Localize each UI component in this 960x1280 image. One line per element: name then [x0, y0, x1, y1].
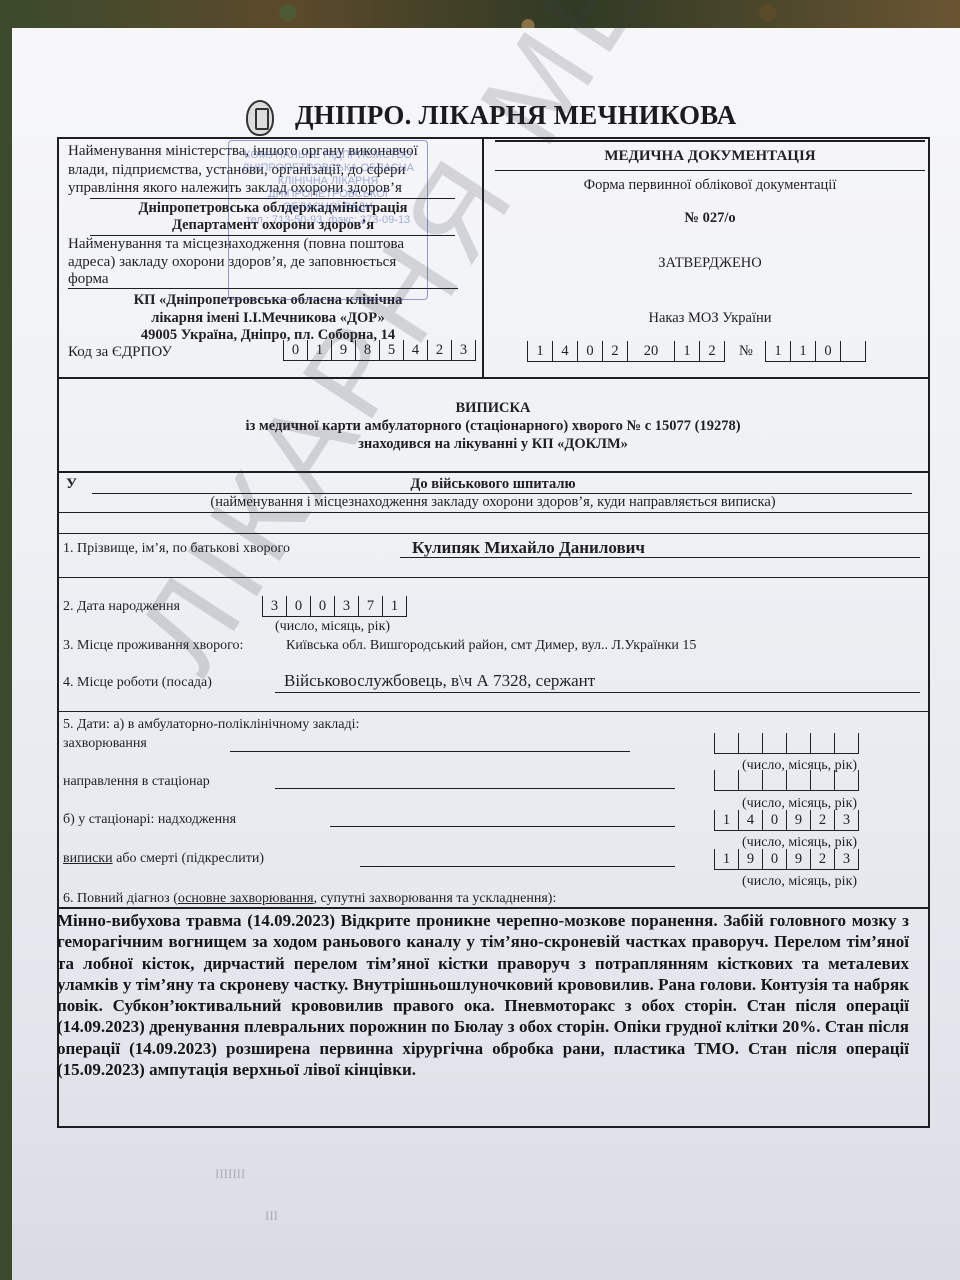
underline: [230, 751, 630, 752]
residence-label: 3. Місце проживання хворого:: [63, 637, 243, 654]
extract-subtitle: із медичної карти амбулаторного (стаціон…: [60, 418, 926, 435]
section-divider: [57, 377, 929, 379]
digit-cell: [763, 770, 787, 790]
digit-cell: 3: [835, 810, 859, 830]
section-divider: [57, 471, 929, 473]
divider: [495, 170, 925, 171]
facility-value: лікарня імені І.І.Мечникова «ДОР»: [68, 310, 468, 327]
form-label: Форма первинної облікової документації: [495, 177, 925, 194]
digit-cell: [739, 733, 763, 753]
discharge-date-cells: 190923: [714, 849, 859, 870]
diagnosis-text: Мінно-вибухова травма (14.09.2023) Відкр…: [57, 910, 909, 1080]
digit-cell: 1: [308, 340, 332, 360]
divider: [57, 907, 929, 909]
digit-cell: 2: [811, 849, 835, 869]
digit-cell: [811, 733, 835, 753]
diagnosis-label-underlined: основне захворювання: [178, 891, 314, 906]
digit-cell: 2: [603, 341, 628, 361]
underline: [275, 692, 920, 693]
divider: [57, 512, 929, 513]
workplace-value: Військовослужбовець, в\ч А 7328, сержант: [284, 672, 595, 689]
admission-date-cells: 140923: [714, 810, 859, 831]
digit-cell: [811, 770, 835, 790]
digit-cell: 9: [332, 340, 356, 360]
admission-label: б) у стаціонарі: надходження: [63, 811, 236, 828]
patient-name-value: Кулипяк Михайло Данилович: [412, 539, 645, 556]
digit-cell: 2: [428, 340, 452, 360]
diagnosis-label-suffix: , супутні захворювання та ускладнення):: [314, 891, 557, 906]
order-no-label: №: [739, 343, 753, 360]
digit-cell: 1: [791, 341, 816, 361]
discharge-rest: або смерті (підкреслити): [113, 851, 264, 866]
ministry-label-line: Найменування міністерства, іншого органу…: [68, 143, 418, 160]
digit-cell: 1: [715, 849, 739, 869]
order-date-cells: 14022012: [527, 341, 725, 362]
frame-top: [57, 137, 929, 139]
digit-cell: 3: [263, 596, 287, 616]
extract-title: ВИПИСКА: [60, 400, 926, 417]
digit-cell: 20: [628, 341, 675, 361]
digit-cell: 7: [359, 596, 383, 616]
digit-cell: [787, 770, 811, 790]
bleed-through-text: ІІІІІІІ: [215, 1166, 245, 1182]
digit-cell: 4: [553, 341, 578, 361]
digit-cell: [835, 770, 859, 790]
digit-cell: 8: [356, 340, 380, 360]
order-number-cells: 110: [765, 341, 866, 362]
digit-cell: 0: [578, 341, 603, 361]
underline: [360, 866, 675, 867]
diagnosis-label-prefix: 6. Повний діагноз (: [63, 891, 178, 906]
form-number: № 027/о: [495, 210, 925, 227]
facility-value: КП «Дніпропетровська обласна клінічна: [68, 292, 468, 309]
ministry-label-line: влади, підприємства, установи, організац…: [68, 162, 406, 179]
digit-cell: [835, 733, 859, 753]
referral-label: направлення в стаціонар: [63, 773, 210, 790]
facility-label-line: адреса) закладу охорони здоров’я, де зап…: [68, 254, 396, 271]
digit-cell: [787, 733, 811, 753]
discharge-underlined: виписки: [63, 851, 113, 866]
ministry-label-line: управління якого належить заклад охорони…: [68, 180, 402, 197]
right-box-top: [495, 140, 925, 142]
digit-cell: [715, 733, 739, 753]
underline: [90, 198, 455, 199]
medical-docs-title: МЕДИЧНА ДОКУМЕНТАЦІЯ: [495, 148, 925, 165]
digit-cell: 0: [284, 340, 308, 360]
digit-cell: 0: [763, 810, 787, 830]
digit-cell: 0: [287, 596, 311, 616]
digit-cell: 1: [715, 810, 739, 830]
dates-label: 5. Дати: а) в амбулаторно-поліклінічному…: [63, 716, 359, 733]
digit-cell: 2: [811, 810, 835, 830]
digit-cell: 1: [675, 341, 700, 361]
illness-date-cells: [714, 733, 859, 754]
patient-name-label: 1. Прізвище, ім’я, по батькові хворого: [63, 540, 290, 557]
digit-cell: 9: [787, 849, 811, 869]
digit-cell: 1: [766, 341, 791, 361]
digit-cell: [715, 770, 739, 790]
facility-label-line: форма: [68, 271, 109, 288]
divider: [57, 577, 929, 578]
digit-cell: 9: [739, 849, 763, 869]
facility-label-line: Найменування та місцезнаходження (повна …: [68, 236, 404, 253]
digit-cell: 1: [383, 596, 407, 616]
digit-cell: 4: [404, 340, 428, 360]
divider: [57, 711, 929, 712]
residence-value: Київська обл. Вишгородський район, смт Д…: [286, 637, 696, 654]
digit-cell: 2: [700, 341, 725, 361]
digit-cell: 3: [452, 340, 476, 360]
digit-cell: 4: [739, 810, 763, 830]
digit-cell: 0: [763, 849, 787, 869]
ministry-value: Департамент охорони здоров’я: [68, 217, 478, 234]
dob-cells: 300371: [262, 596, 407, 617]
discharge-label: виписки або смерті (підкреслити): [63, 850, 264, 867]
order-label: Наказ МОЗ України: [495, 310, 925, 327]
ministry-value: Дніпропетровська облдержадміністрація: [68, 200, 478, 217]
edrpou-label: Код за ЄДРПОУ: [68, 344, 172, 361]
bleed-through-text: ІІІ: [265, 1208, 278, 1224]
underline: [275, 788, 675, 789]
date-format-hint: (число, місяць, рік): [275, 618, 390, 635]
edrpou-code-cells: 01985423: [283, 340, 476, 361]
referral-date-cells: [714, 770, 859, 791]
recipient-value: До військового шпиталю: [60, 476, 926, 493]
header-divider: [482, 137, 484, 377]
underline: [330, 826, 675, 827]
hospital-crest-icon: [246, 100, 274, 136]
extract-location: знаходився на лікуванні у КП «ДОКЛМ»: [60, 436, 926, 453]
digit-cell: 1: [528, 341, 553, 361]
divider: [57, 533, 929, 534]
underline: [68, 288, 458, 289]
digit-cell: [841, 341, 866, 361]
underline: [400, 557, 920, 558]
digit-cell: [739, 770, 763, 790]
digit-cell: [763, 733, 787, 753]
recipient-hint: (найменування і місцезнаходження закладу…: [60, 494, 926, 511]
dob-label: 2. Дата народження: [63, 598, 180, 615]
digit-cell: 5: [380, 340, 404, 360]
digit-cell: 0: [816, 341, 841, 361]
digit-cell: 0: [311, 596, 335, 616]
workplace-label: 4. Місце роботи (посада): [63, 674, 212, 691]
digit-cell: 9: [787, 810, 811, 830]
digit-cell: 3: [335, 596, 359, 616]
illness-label: захворювання: [63, 735, 147, 752]
frame-right: [928, 137, 930, 1127]
approved-label: ЗАТВЕРДЖЕНО: [495, 255, 925, 272]
frame-bottom: [57, 1126, 930, 1128]
diagnosis-label: 6. Повний діагноз (основне захворювання,…: [63, 890, 556, 907]
document-header-title: ДНІПРО. ЛІКАРНЯ МЕЧНИКОВА: [295, 100, 736, 131]
date-format-hint: (число, місяць, рік): [742, 873, 857, 890]
digit-cell: 3: [835, 849, 859, 869]
